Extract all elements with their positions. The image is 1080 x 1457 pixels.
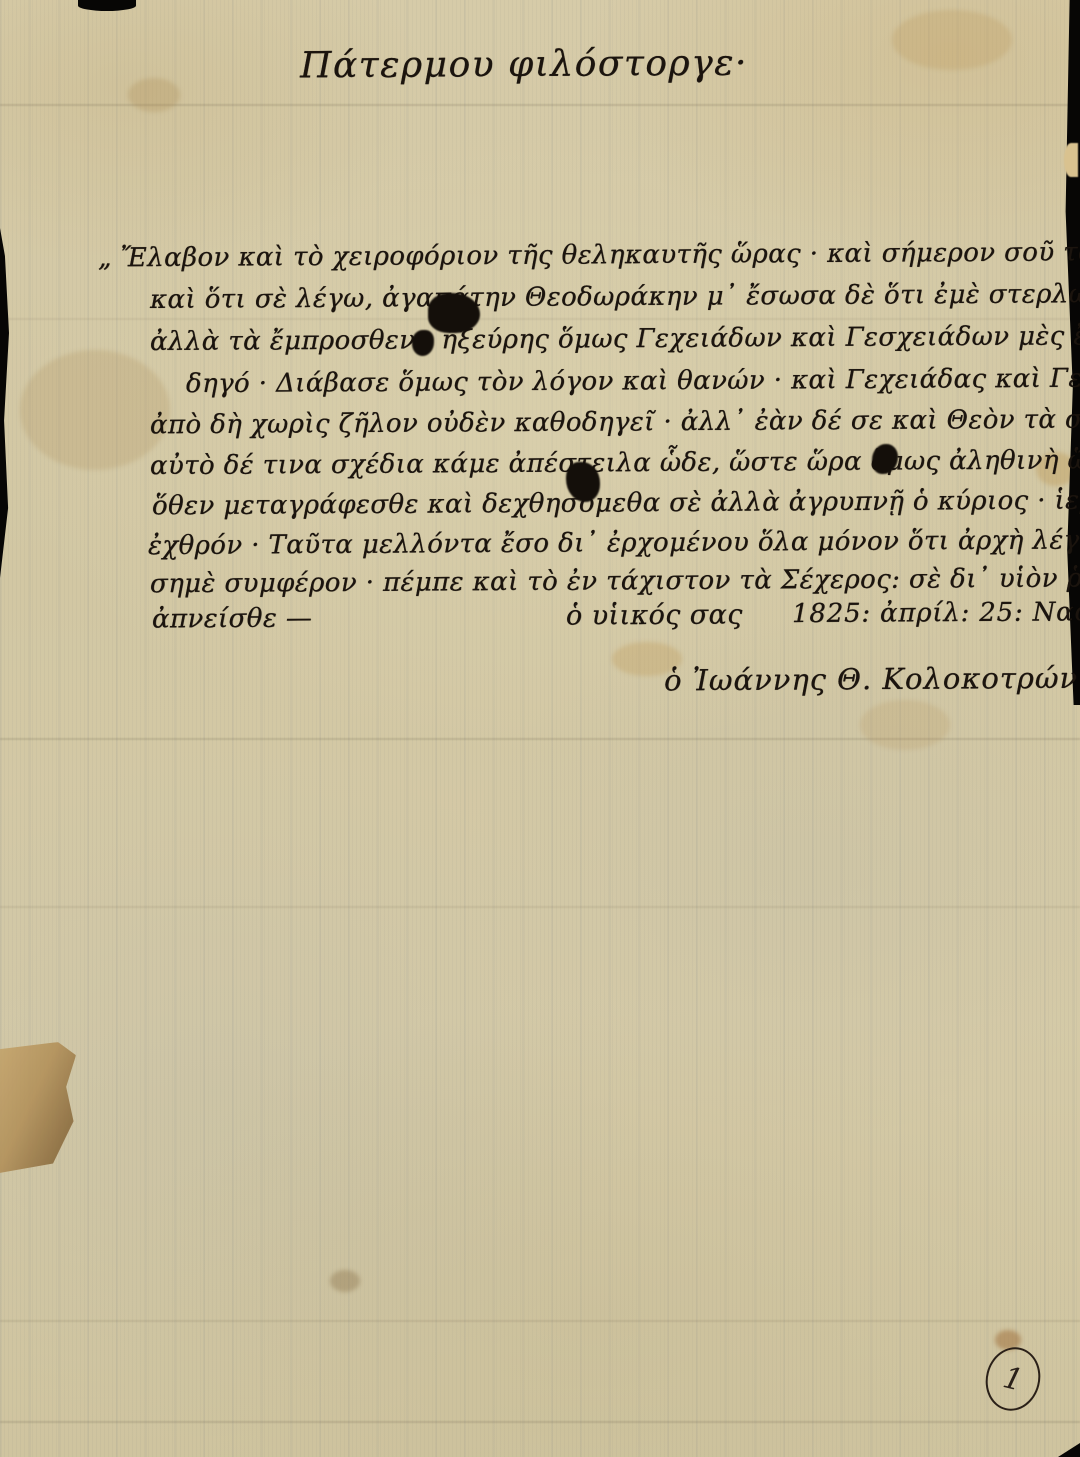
letter-body-line: ἀπὸ δὴ χωρὶς ζῆλον οὐδὲν καθοδηγεῖ · ἀλλ… <box>150 404 1080 441</box>
fold-line <box>0 1320 1080 1322</box>
torn-edge-right <box>1064 143 1078 177</box>
letter-body-line: καὶ ὅτι σὲ λέγω, ἀγαπάτην Θεοδωράκην μ᾽ … <box>150 279 1080 315</box>
letter-body-line: ἐχθρόν · Ταῦτα μελλόντα ἔσο δι᾽ ἐρχομένο… <box>148 525 1080 561</box>
scanned-letter-page: Πάτερμου φιλόστοργε· „ Ἔλαβον καὶ τὸ χει… <box>0 0 1080 1457</box>
letter-body-line: „ Ἔλαβον καὶ τὸ χειροφόριον τῆς θεληκαυτ… <box>98 237 1080 274</box>
letter-body-line: ἀλλὰ τὰ ἔμπροσθεν · ἠξεύρης ὅμως Γεχειάδ… <box>150 321 1080 357</box>
foxing-stain <box>20 350 170 470</box>
letter-date: 1825: ἀπρίλ: 25: Ναουπλ; <box>792 597 1080 629</box>
foxing-stain <box>330 1270 360 1292</box>
letter-closing: ὁ υἱικός σας <box>566 599 743 631</box>
letter-salutation: Πάτερμου φιλόστοργε· <box>300 43 748 87</box>
letter-body-line: σημὲ συμφέρον · πέμπε καὶ τὸ ἐν τάχιστον… <box>150 563 1080 599</box>
fold-line <box>0 318 1080 320</box>
page-number: 1 <box>1000 1360 1027 1399</box>
foxing-stain <box>892 10 1012 70</box>
letter-body-line: δηγό · Διάβασε ὅμως τὸν λόγον καὶ θανών … <box>186 363 1080 399</box>
fold-line <box>0 906 1080 908</box>
fold-line <box>0 1421 1080 1423</box>
ink-blot <box>428 293 480 333</box>
torn-edge-top <box>78 0 136 11</box>
letter-body-line: ἀπνείσθε — <box>152 604 312 635</box>
letter-body-line: ὅθεν μεταγράφεσθε καὶ δεχθησόμεθα σὲ ἀλλ… <box>152 485 1080 522</box>
letter-signature: ὁ Ἰωάννης Θ. Κολοκοτρώνης <box>664 661 1080 698</box>
foxing-stain <box>860 700 950 750</box>
foxing-stain <box>128 78 180 112</box>
letter-body-line: αὐτὸ δέ τινα σχέδια κάμε ἀπέστειλα ὧδε, … <box>150 445 1080 481</box>
